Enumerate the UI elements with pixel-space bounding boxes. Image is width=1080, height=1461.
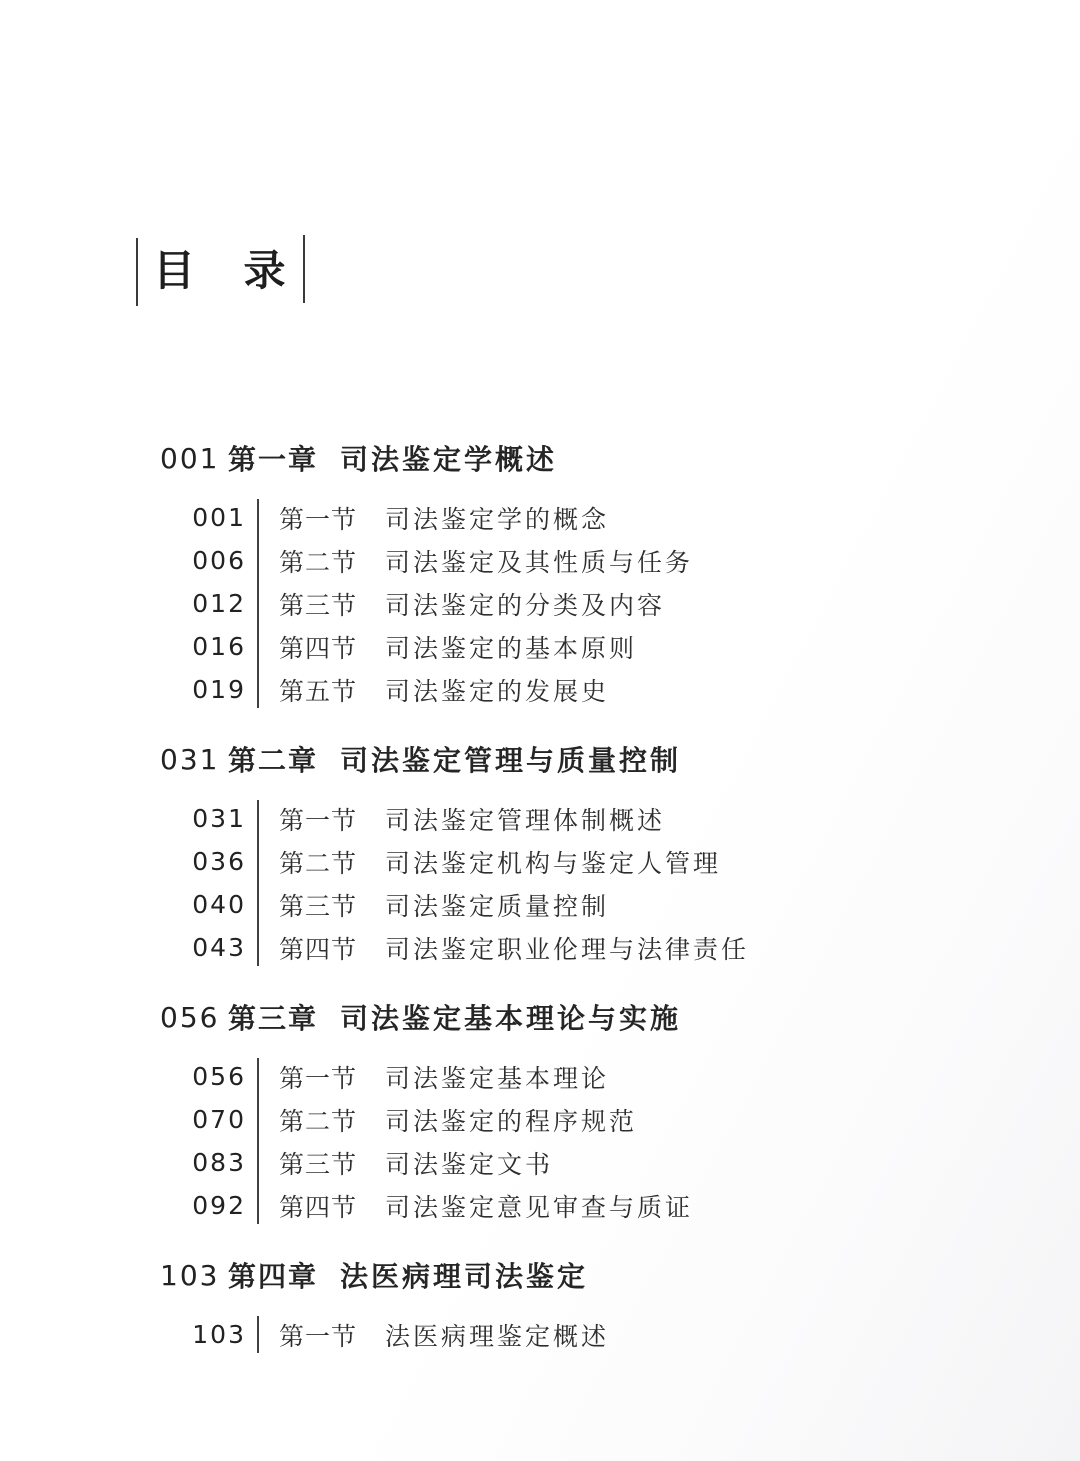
toc-section-row: 092 第四节 司法鉴定意见审查与质证	[0, 1184, 1080, 1227]
toc-section-row: 019 第五节 司法鉴定的发展史	[0, 668, 1080, 711]
chapter-block: 056 第三章 司法鉴定基本理论与实施 056 第一节 司法鉴定基本理论 070…	[0, 997, 1080, 1227]
chapter-label: 第四章	[228, 1255, 318, 1295]
chapter-page-number: 031	[160, 743, 228, 776]
section-label: 第二节	[279, 844, 357, 880]
section-page-number: 043	[0, 933, 246, 962]
toc-list: 001 第一章 司法鉴定学概述 001 第一节 司法鉴定学的概念 006 第二节…	[0, 438, 1080, 1356]
section-page-number: 040	[0, 890, 246, 919]
section-label: 第一节	[279, 801, 357, 837]
section-label: 第一节	[279, 500, 357, 536]
chapter-page-number: 103	[160, 1259, 228, 1292]
chapter-label: 第二章	[228, 739, 318, 779]
title-left-bar	[136, 238, 138, 306]
toc-chapter-row: 001 第一章 司法鉴定学概述	[0, 438, 1080, 478]
section-label: 第一节	[279, 1317, 357, 1353]
section-page-number: 001	[0, 503, 246, 532]
section-group: 103 第一节 法医病理鉴定概述	[0, 1313, 1080, 1356]
toc-section-row: 083 第三节 司法鉴定文书	[0, 1141, 1080, 1184]
title-right-bar	[303, 235, 305, 303]
section-label: 第一节	[279, 1059, 357, 1095]
section-label: 第五节	[279, 672, 357, 708]
toc-section-row: 056 第一节 司法鉴定基本理论	[0, 1055, 1080, 1098]
section-page-number: 083	[0, 1148, 246, 1177]
section-title: 司法鉴定质量控制	[385, 887, 609, 923]
section-title: 司法鉴定的基本原则	[385, 629, 637, 665]
toc-section-row: 070 第二节 司法鉴定的程序规范	[0, 1098, 1080, 1141]
toc-section-row: 043 第四节 司法鉴定职业伦理与法律责任	[0, 926, 1080, 969]
section-group: 056 第一节 司法鉴定基本理论 070 第二节 司法鉴定的程序规范 083 第…	[0, 1055, 1080, 1227]
section-title: 司法鉴定的发展史	[385, 672, 609, 708]
section-page-number: 012	[0, 589, 246, 618]
section-page-number: 103	[0, 1320, 246, 1349]
section-label: 第四节	[279, 1188, 357, 1224]
toc-section-row: 031 第一节 司法鉴定管理体制概述	[0, 797, 1080, 840]
section-page-number: 031	[0, 804, 246, 833]
section-label: 第三节	[279, 887, 357, 923]
section-divider-line	[257, 800, 259, 966]
section-page-number: 092	[0, 1191, 246, 1220]
toc-section-row: 103 第一节 法医病理鉴定概述	[0, 1313, 1080, 1356]
section-label: 第四节	[279, 930, 357, 966]
section-title: 司法鉴定学的概念	[385, 500, 609, 536]
section-page-number: 056	[0, 1062, 246, 1091]
toc-chapter-row: 031 第二章 司法鉴定管理与质量控制	[0, 739, 1080, 779]
section-page-number: 070	[0, 1105, 246, 1134]
section-group: 031 第一节 司法鉴定管理体制概述 036 第二节 司法鉴定机构与鉴定人管理 …	[0, 797, 1080, 969]
toc-page: 目 录 001 第一章 司法鉴定学概述 001 第一节 司法鉴定学的概念 006…	[0, 0, 1080, 1461]
section-title: 司法鉴定职业伦理与法律责任	[385, 930, 749, 966]
section-page-number: 016	[0, 632, 246, 661]
chapter-block: 001 第一章 司法鉴定学概述 001 第一节 司法鉴定学的概念 006 第二节…	[0, 438, 1080, 711]
section-divider-line	[257, 1316, 259, 1353]
toc-section-row: 016 第四节 司法鉴定的基本原则	[0, 625, 1080, 668]
section-divider-line	[257, 1058, 259, 1224]
section-title: 司法鉴定意见审查与质证	[385, 1188, 693, 1224]
toc-section-row: 001 第一节 司法鉴定学的概念	[0, 496, 1080, 539]
section-title: 司法鉴定的分类及内容	[385, 586, 665, 622]
toc-section-row: 036 第二节 司法鉴定机构与鉴定人管理	[0, 840, 1080, 883]
section-label: 第四节	[279, 629, 357, 665]
section-title: 法医病理鉴定概述	[385, 1317, 609, 1353]
section-label: 第三节	[279, 586, 357, 622]
section-page-number: 036	[0, 847, 246, 876]
toc-section-row: 040 第三节 司法鉴定质量控制	[0, 883, 1080, 926]
section-title: 司法鉴定机构与鉴定人管理	[385, 844, 721, 880]
section-label: 第二节	[279, 1102, 357, 1138]
section-page-number: 006	[0, 546, 246, 575]
toc-title-block: 目 录	[136, 238, 305, 306]
chapter-block: 031 第二章 司法鉴定管理与质量控制 031 第一节 司法鉴定管理体制概述 0…	[0, 739, 1080, 969]
chapter-page-number: 056	[160, 1001, 228, 1034]
section-title: 司法鉴定基本理论	[385, 1059, 609, 1095]
chapter-page-number: 001	[160, 442, 228, 475]
section-divider-line	[257, 499, 259, 708]
toc-chapter-row: 103 第四章 法医病理司法鉴定	[0, 1255, 1080, 1295]
chapter-title: 司法鉴定基本理论与实施	[340, 997, 681, 1037]
chapter-label: 第三章	[228, 997, 318, 1037]
chapter-title: 法医病理司法鉴定	[340, 1255, 588, 1295]
toc-chapter-row: 056 第三章 司法鉴定基本理论与实施	[0, 997, 1080, 1037]
toc-section-row: 006 第二节 司法鉴定及其性质与任务	[0, 539, 1080, 582]
chapter-block: 103 第四章 法医病理司法鉴定 103 第一节 法医病理鉴定概述	[0, 1255, 1080, 1356]
page-title: 目 录	[153, 238, 288, 306]
section-label: 第二节	[279, 543, 357, 579]
section-page-number: 019	[0, 675, 246, 704]
chapter-label: 第一章	[228, 438, 318, 478]
chapter-title: 司法鉴定学概述	[340, 438, 557, 478]
section-title: 司法鉴定文书	[385, 1145, 553, 1181]
section-label: 第三节	[279, 1145, 357, 1181]
section-title: 司法鉴定及其性质与任务	[385, 543, 693, 579]
section-title: 司法鉴定管理体制概述	[385, 801, 665, 837]
section-group: 001 第一节 司法鉴定学的概念 006 第二节 司法鉴定及其性质与任务 012…	[0, 496, 1080, 711]
section-title: 司法鉴定的程序规范	[385, 1102, 637, 1138]
chapter-title: 司法鉴定管理与质量控制	[340, 739, 681, 779]
toc-section-row: 012 第三节 司法鉴定的分类及内容	[0, 582, 1080, 625]
